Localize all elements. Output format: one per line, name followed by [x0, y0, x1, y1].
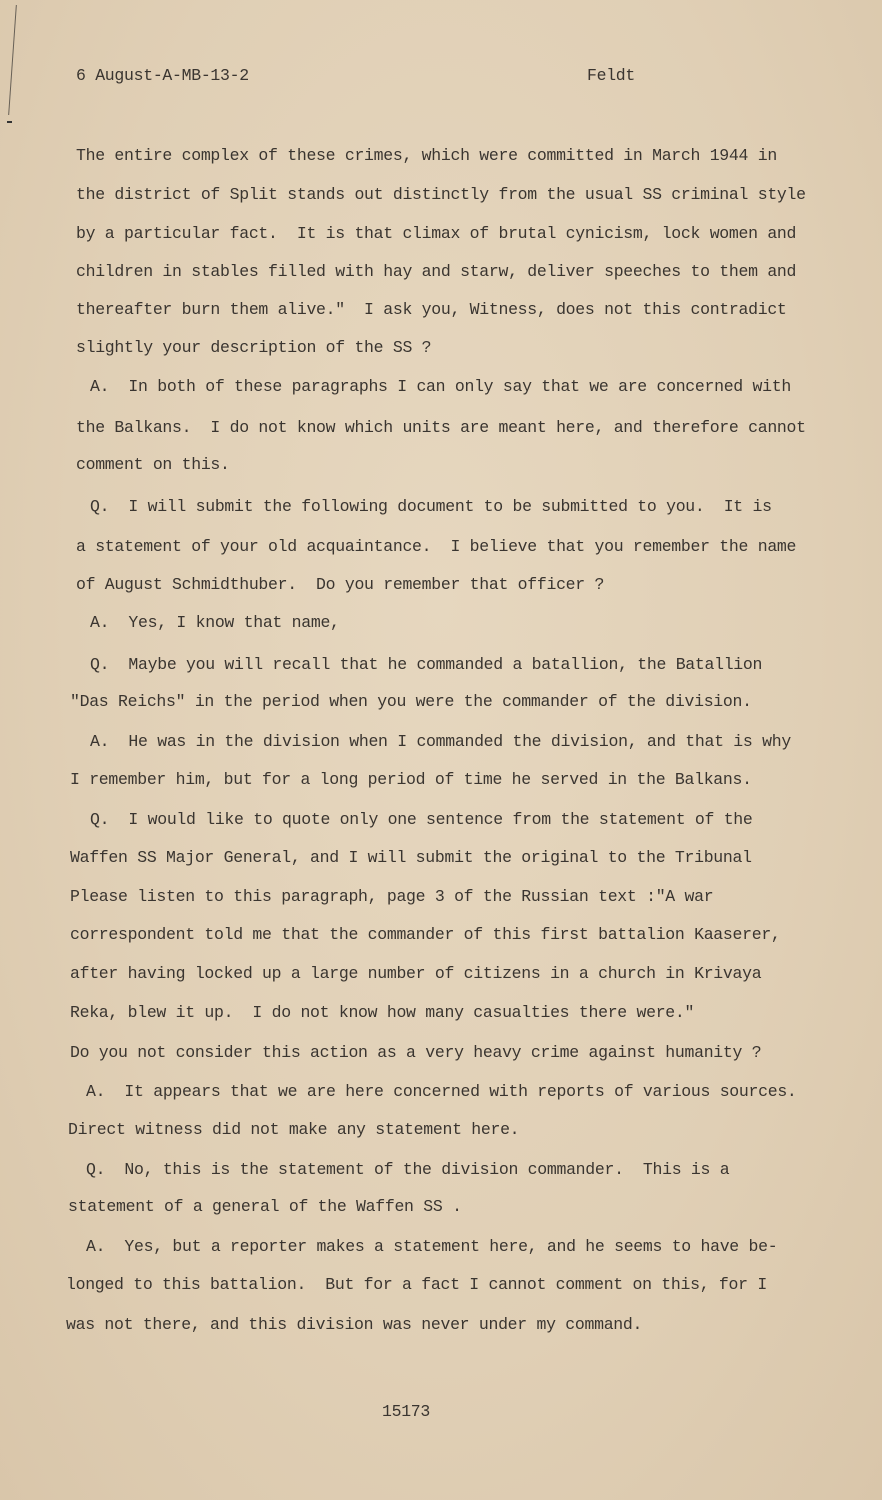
document-reference: 6 August-A-MB-13-2 — [76, 66, 249, 85]
transcript-line: children in stables filled with hay and … — [76, 262, 796, 281]
transcript-line: of August Schmidthuber. Do you remember … — [76, 575, 604, 594]
transcript-line: slightly your description of the SS ? — [76, 338, 431, 357]
transcript-line: Direct witness did not make any statemen… — [68, 1120, 519, 1139]
transcript-line: I remember him, but for a long period of… — [70, 770, 752, 789]
transcript-line: by a particular fact. It is that climax … — [76, 224, 796, 243]
transcript-line: Waffen SS Major General, and I will subm… — [70, 848, 752, 867]
transcript-line: Q. No, this is the statement of the divi… — [86, 1160, 729, 1179]
transcript-line: The entire complex of these crimes, whic… — [76, 146, 777, 165]
transcript-line: Please listen to this paragraph, page 3 … — [70, 887, 713, 906]
transcript-line: "Das Reichs" in the period when you were… — [70, 692, 752, 711]
margin-mark — [8, 5, 19, 115]
transcript-line: A. Yes, I know that name, — [90, 613, 340, 632]
transcript-line: Q. I will submit the following document … — [90, 497, 772, 516]
transcript-line: Reka, blew it up. I do not know how many… — [70, 1003, 694, 1022]
transcript-line: a statement of your old acquaintance. I … — [76, 537, 796, 556]
document-page: 6 August-A-MB-13-2 Feldt The entire comp… — [0, 0, 882, 1500]
transcript-line: A. It appears that we are here concerned… — [86, 1082, 797, 1101]
transcript-line: Q. Maybe you will recall that he command… — [90, 655, 762, 674]
transcript-line: statement of a general of the Waffen SS … — [68, 1197, 462, 1216]
margin-dot — [7, 121, 12, 123]
transcript-line: A. Yes, but a reporter makes a statement… — [86, 1237, 777, 1256]
transcript-line: Do you not consider this action as a ver… — [70, 1043, 761, 1062]
transcript-line: the district of Split stands out distinc… — [76, 185, 806, 204]
transcript-line: longed to this battalion. But for a fact… — [66, 1275, 767, 1294]
page-number: 15173 — [382, 1402, 430, 1421]
transcript-line: comment on this. — [76, 455, 230, 474]
transcript-line: A. He was in the division when I command… — [90, 732, 791, 751]
witness-name: Feldt — [587, 66, 635, 85]
transcript-line: after having locked up a large number of… — [70, 964, 761, 983]
transcript-line: correspondent told me that the commander… — [70, 925, 781, 944]
transcript-line: A. In both of these paragraphs I can onl… — [90, 377, 791, 396]
transcript-line: the Balkans. I do not know which units a… — [76, 418, 806, 437]
transcript-line: thereafter burn them alive." I ask you, … — [76, 300, 787, 319]
transcript-line: Q. I would like to quote only one senten… — [90, 810, 753, 829]
transcript-line: was not there, and this division was nev… — [66, 1315, 642, 1334]
